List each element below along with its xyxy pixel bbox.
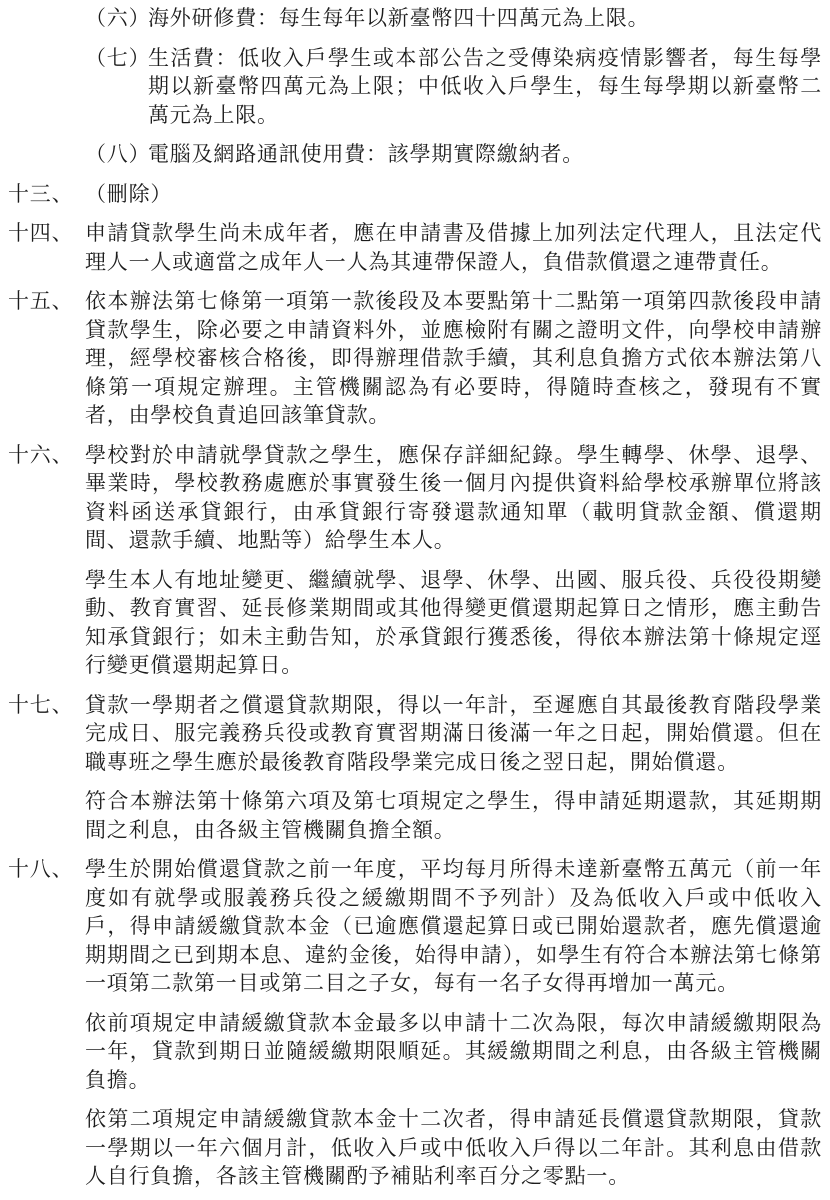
item-number: 十六、 (8, 441, 85, 470)
item-14: 十四、 申請貸款學生尚未成年者，應在申請書及借據上加列法定代理人，且法定代理人一… (8, 219, 822, 276)
sub-item-text: 電腦及網路通訊使用費：該學期實際繳納者。 (148, 140, 822, 169)
item-16: 十六、 學校對於申請就學貸款之學生，應保存詳細紀錄。學生轉學、休學、退學、畢業時… (8, 441, 822, 680)
sub-item-text: 海外研修費：每生每年以新臺幣四十四萬元為上限。 (148, 4, 822, 33)
item-paragraph: 依第二項規定申請緩繳貸款本金十二次者，得申請延長償還貸款期限，貸款一學期以一年六… (85, 1105, 822, 1191)
item-paragraph: 學生於開始償還貸款之前一年度，平均每月所得未達新臺幣五萬元（前一年度如有就學或服… (85, 855, 822, 998)
sub-item-text: 生活費：低收入戶學生或本部公告之受傳染病疫情影響者，每生每學期以新臺幣四萬元為上… (148, 44, 822, 130)
document-page: （六） 海外研修費：每生每年以新臺幣四十四萬元為上限。 （七） 生活費：低收入戶… (0, 0, 830, 1200)
sub-item-7: （七） 生活費：低收入戶學生或本部公告之受傳染病疫情影響者，每生每學期以新臺幣四… (85, 44, 822, 130)
sub-item-marker: （七） (85, 44, 148, 73)
sub-item-marker: （八） (85, 140, 148, 169)
item-number: 十七、 (8, 691, 85, 720)
sub-item-body: 海外研修費：每生每年以新臺幣四十四萬元為上限。 (148, 4, 822, 33)
item-body: 學生於開始償還貸款之前一年度，平均每月所得未達新臺幣五萬元（前一年度如有就學或服… (85, 855, 822, 1191)
item-13: 十三、 （刪除） (8, 180, 822, 209)
item-number: 十五、 (8, 287, 85, 316)
item-paragraph: 依前項規定申請緩繳貸款本金最多以申請十二次為限，每次申請緩繳期限為一年，貸款到期… (85, 1009, 822, 1095)
item-body: （刪除） (85, 180, 822, 209)
item-paragraph: （刪除） (85, 180, 822, 209)
sub-item-body: 電腦及網路通訊使用費：該學期實際繳納者。 (148, 140, 822, 169)
item-paragraph: 依本辦法第七條第一項第一款後段及本要點第十二點第一項第四款後段申請貸款學生，除必… (85, 287, 822, 430)
item-paragraph: 符合本辦法第十條第六項及第七項規定之學生，得申請延期還款，其延期期間之利息，由各… (85, 787, 822, 844)
item-number: 十四、 (8, 219, 85, 248)
item-paragraph: 申請貸款學生尚未成年者，應在申請書及借據上加列法定代理人，且法定代理人一人或適當… (85, 219, 822, 276)
item-number: 十八、 (8, 855, 85, 884)
item-paragraph: 貸款一學期者之償還貸款期限，得以一年計，至遲應自其最後教育階段學業完成日、服完義… (85, 691, 822, 777)
sub-item-body: 生活費：低收入戶學生或本部公告之受傳染病疫情影響者，每生每學期以新臺幣四萬元為上… (148, 44, 822, 130)
item-body: 學校對於申請就學貸款之學生，應保存詳細紀錄。學生轉學、休學、退學、畢業時，學校教… (85, 441, 822, 680)
item-paragraph: 學校對於申請就學貸款之學生，應保存詳細紀錄。學生轉學、休學、退學、畢業時，學校教… (85, 441, 822, 555)
item-body: 貸款一學期者之償還貸款期限，得以一年計，至遲應自其最後教育階段學業完成日、服完義… (85, 691, 822, 845)
item-paragraph: 學生本人有地址變更、繼續就學、退學、休學、出國、服兵役、兵役役期變動、教育實習、… (85, 566, 822, 680)
item-15: 十五、 依本辦法第七條第一項第一款後段及本要點第十二點第一項第四款後段申請貸款學… (8, 287, 822, 430)
item-body: 申請貸款學生尚未成年者，應在申請書及借據上加列法定代理人，且法定代理人一人或適當… (85, 219, 822, 276)
sub-item-6: （六） 海外研修費：每生每年以新臺幣四十四萬元為上限。 (85, 4, 822, 33)
sub-item-marker: （六） (85, 4, 148, 33)
item-number: 十三、 (8, 180, 85, 209)
item-17: 十七、 貸款一學期者之償還貸款期限，得以一年計，至遲應自其最後教育階段學業完成日… (8, 691, 822, 845)
item-body: 依本辦法第七條第一項第一款後段及本要點第十二點第一項第四款後段申請貸款學生，除必… (85, 287, 822, 430)
item-18: 十八、 學生於開始償還貸款之前一年度，平均每月所得未達新臺幣五萬元（前一年度如有… (8, 855, 822, 1191)
sub-item-8: （八） 電腦及網路通訊使用費：該學期實際繳納者。 (85, 140, 822, 169)
